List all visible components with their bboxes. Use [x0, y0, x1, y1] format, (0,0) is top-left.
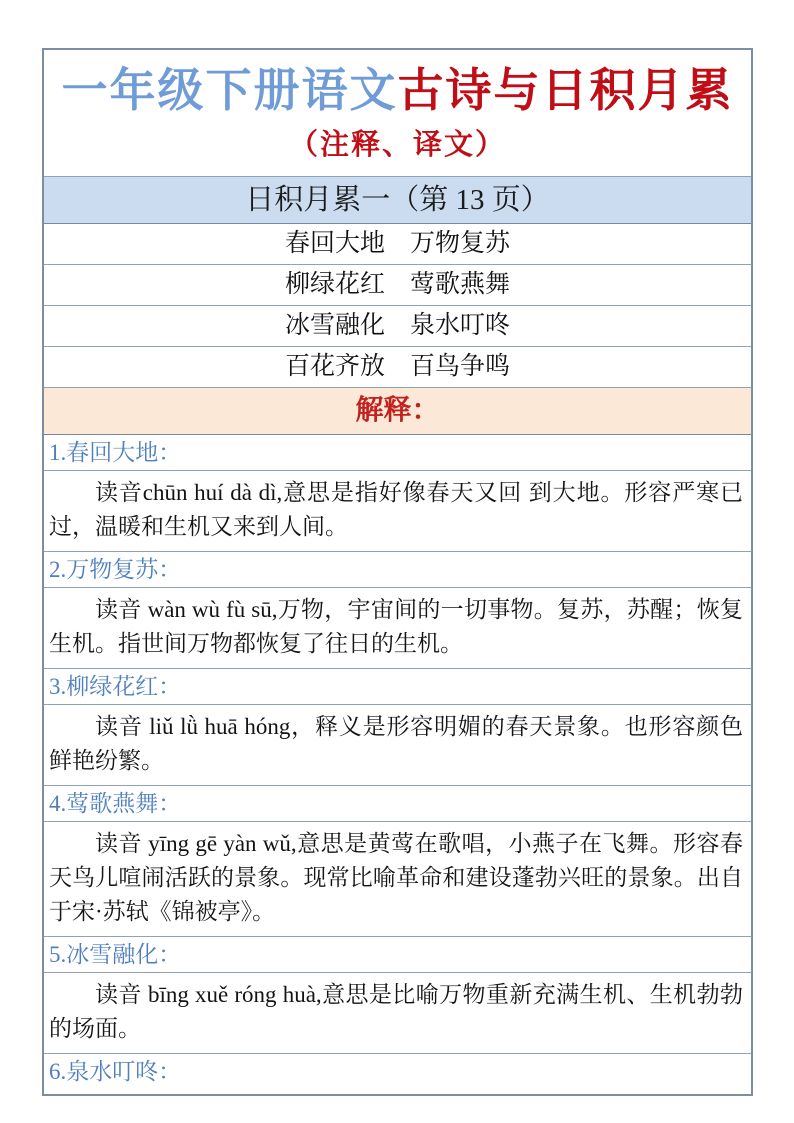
item-2-body: 读音 wàn wù fù sū,万物，宇宙间的一切事物。复苏，苏醒；恢复生机。指… [44, 588, 751, 669]
item-3-body: 读音 liǔ lǜ huā hóng，释义是形容明媚的春天景象。也形容颜色鲜艳纷… [44, 705, 751, 786]
page-subtitle: （注释、译文） [44, 122, 751, 168]
item-5-body: 读音 bīng xuě róng huà,意思是比喻万物重新充满生机、生机勃勃的… [44, 973, 751, 1054]
phrase-row-2: 柳绿花红 莺歌燕舞 [44, 265, 751, 306]
phrase-row-4: 百花齐放 百鸟争鸣 [44, 347, 751, 388]
item-3-heading: 3.柳绿花红： [44, 669, 751, 705]
phrase-row-3: 冰雪融化 泉水叮咚 [44, 306, 751, 347]
item-6-heading: 6.泉水叮咚： [44, 1054, 751, 1094]
page-title-topic: 古诗与日积月累 [398, 65, 734, 116]
item-4-heading: 4.莺歌燕舞： [44, 786, 751, 822]
title-block: 一年级下册语文古诗与日积月累 （注释、译文） [44, 50, 751, 177]
item-1-heading: 1.春回大地： [44, 435, 751, 471]
explain-bar: 解释： [44, 388, 751, 435]
page-title: 一年级下册语文古诗与日积月累 [44, 60, 751, 122]
item-5-heading: 5.冰雪融化： [44, 937, 751, 973]
item-4-body: 读音 yīng gē yàn wǔ,意思是黄莺在歌唱，小燕子在飞舞。形容春天鸟儿… [44, 822, 751, 937]
section-header: 日积月累一（第 13 页） [44, 177, 751, 224]
item-2-heading: 2.万物复苏： [44, 552, 751, 588]
item-1-body: 读音chūn huí dà dì,意思是指好像春天又回 到大地。形容严寒已过，温… [44, 471, 751, 552]
page-title-course: 一年级下册语文 [62, 65, 398, 116]
phrase-row-1: 春回大地 万物复苏 [44, 224, 751, 265]
worksheet-page: 一年级下册语文古诗与日积月累 （注释、译文） 日积月累一（第 13 页） 春回大… [42, 48, 753, 1096]
